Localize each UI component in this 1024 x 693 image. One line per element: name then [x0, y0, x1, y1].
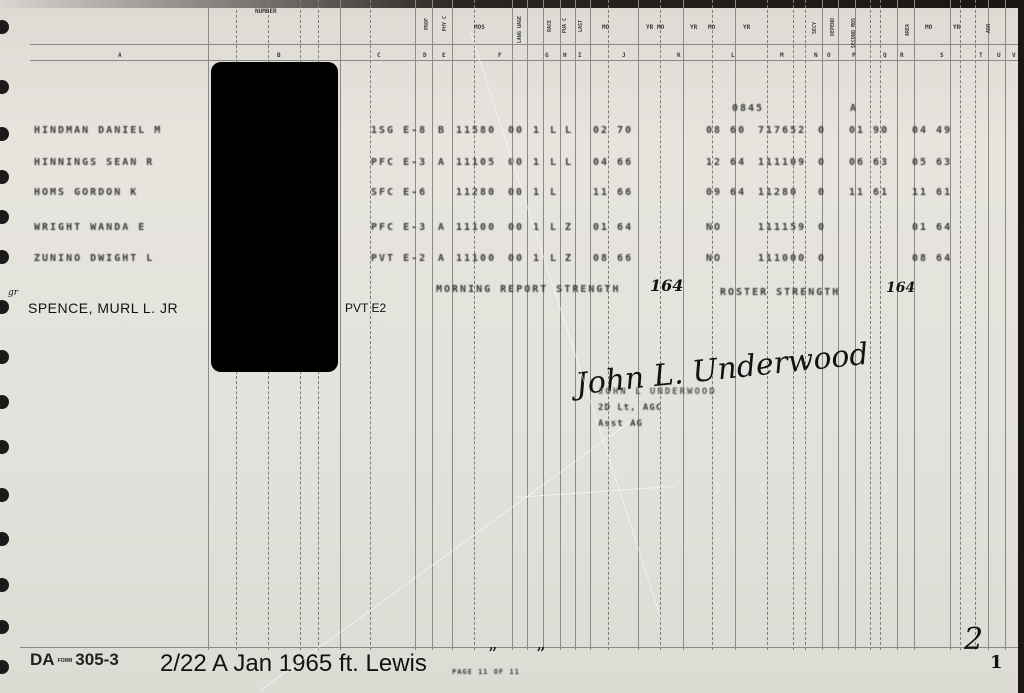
header-yr: YR [743, 24, 750, 31]
header-mark: A [850, 103, 858, 114]
column-letter: J [622, 52, 626, 59]
row-cell-grade: SFC E-6 [371, 187, 427, 198]
grid-line [950, 0, 951, 650]
row-cell-grade: PVT E-2 [371, 253, 427, 264]
grid-line [988, 0, 989, 650]
row-cell-col-g: 1 [533, 157, 541, 168]
header-adn: ADN [986, 24, 992, 33]
scan-scratch [470, 30, 663, 620]
header-yr: YR [690, 24, 697, 31]
column-letter: C [377, 52, 381, 59]
scan-edge-right [1018, 0, 1024, 693]
column-letter: G [545, 52, 549, 59]
row-cell-col-h: L [550, 125, 558, 136]
grid-line [735, 0, 736, 650]
handwritten-name: SPENCE, MURL L. JR [28, 300, 178, 316]
row-cell-mos: 11100 [456, 253, 496, 264]
column-letter: M [780, 52, 784, 59]
grid-line [838, 0, 839, 650]
grid-line [897, 0, 898, 650]
roster-strength-label: ROSTER STRENGTH [720, 287, 840, 298]
binder-hole [0, 488, 9, 502]
row-cell-mos-suffix: 00 [508, 125, 524, 136]
header-rule [30, 44, 1018, 45]
grid-line [208, 0, 209, 650]
row-cell-mos-suffix: 00 [508, 253, 524, 264]
grid-line [340, 0, 341, 650]
row-cell-code-m: 717652 [758, 125, 806, 136]
header-area: AREA [905, 24, 911, 36]
header-mo: MO [657, 24, 664, 31]
header-mo: MO [925, 24, 932, 31]
grid-line-dashed [870, 0, 871, 650]
grid-line-dashed [880, 0, 881, 650]
column-letter: N [814, 52, 818, 59]
row-cell-col-n: 0 [818, 187, 826, 198]
column-letter: P [852, 52, 856, 59]
grid-line [914, 0, 915, 650]
header-depend: DEPEND [830, 18, 836, 36]
binder-hole [0, 578, 9, 592]
row-cell-mos: 11105 [456, 157, 496, 168]
row-cell-code-m: 111000 [758, 253, 806, 264]
grid-line-dashed [805, 0, 806, 650]
row-cell-code-m: 111159 [758, 222, 806, 233]
row-cell-col-n: 0 [818, 157, 826, 168]
row-cell-date-p: 11 61 [849, 187, 889, 198]
row-cell-name: ZUNINO DWIGHT L [34, 253, 154, 264]
row-cell-name: WRIGHT WANDA E [34, 222, 146, 233]
row-cell-mos: 11280 [456, 187, 496, 198]
row-cell-date-j: 08 66 [593, 253, 633, 264]
handwritten-grade: PVT E2 [345, 301, 386, 315]
binder-hole [0, 80, 9, 94]
grid-line-dashed [767, 0, 768, 650]
grid-line [432, 0, 433, 650]
header-mo: MO [602, 24, 609, 31]
header-secy: SECY [812, 22, 818, 34]
binder-hole [0, 170, 9, 184]
grid-line [543, 0, 544, 650]
grid-line [683, 0, 684, 650]
row-cell-date-s: 01 64 [912, 222, 952, 233]
row-cell-class: A [438, 157, 446, 168]
header-prof: PROF [424, 18, 430, 30]
binder-hole [0, 20, 9, 34]
column-letter: H [563, 52, 567, 59]
grid-line [452, 0, 453, 650]
header-number-label: NUMBER [255, 8, 277, 15]
corner-number: 1 [990, 652, 1003, 673]
row-cell-mos: 11580 [456, 125, 496, 136]
handwritten-mark: gr [8, 288, 18, 298]
row-cell-col-i: L [565, 125, 573, 136]
row-cell-col-h: L [550, 222, 558, 233]
header-mos: MOS [474, 24, 485, 31]
binder-hole [0, 660, 9, 674]
binder-hole [0, 620, 9, 634]
column-letter: A [118, 52, 122, 59]
row-cell-col-i: Z [565, 253, 573, 264]
column-letter: F [498, 52, 502, 59]
scan-scratch [260, 420, 633, 691]
column-letter: O [827, 52, 831, 59]
column-letter: B [277, 52, 281, 59]
column-letter: E [442, 52, 446, 59]
grid-line [590, 0, 591, 650]
row-cell-code-m: 111109 [758, 157, 806, 168]
morning-report-value: 164 [650, 276, 683, 295]
footer-rule [20, 647, 1018, 648]
row-cell-date-j: 11 66 [593, 187, 633, 198]
row-cell-date-p: 01 90 [849, 125, 889, 136]
binder-hole [0, 300, 9, 314]
column-letter: Q [883, 52, 887, 59]
row-cell-date-j: 04 66 [593, 157, 633, 168]
roster-row: HOMS GORDON KSFC E-611280001L11 6609 641… [0, 187, 1024, 201]
row-cell-col-n: 0 [818, 125, 826, 136]
row-cell-col-n: 0 [818, 222, 826, 233]
row-cell-date-s: 08 64 [912, 253, 952, 264]
row-cell-date-l: 12 64 [706, 157, 746, 168]
roster-row: WRIGHT WANDA EPFC E-3A11100001LZ01 64NO1… [0, 222, 1024, 236]
column-letter: I [578, 52, 582, 59]
binder-hole [0, 350, 9, 364]
header-phy: PHY C [442, 16, 448, 31]
row-cell-grade: PFC E-3 [371, 222, 427, 233]
grid-line [822, 0, 823, 650]
row-cell-date-j: 01 64 [593, 222, 633, 233]
column-letter: U [997, 52, 1001, 59]
row-cell-class: B [438, 125, 446, 136]
row-cell-col-g: 1 [533, 187, 541, 198]
morning-report-label: MORNING REPORT STRENGTH [436, 284, 620, 295]
header-code: 0845 [732, 103, 764, 114]
row-cell-mos: 11100 [456, 222, 496, 233]
grid-line [855, 0, 856, 650]
binder-hole [0, 440, 9, 454]
roster-row: HINDMAN DANIEL M1SG E-8B11580001LL02 700… [0, 125, 1024, 139]
grid-line-dashed [608, 0, 609, 650]
row-cell-class: A [438, 253, 446, 264]
grid-line [415, 0, 416, 650]
column-letter: T [979, 52, 983, 59]
roster-strength-value: 164 [886, 280, 915, 296]
row-cell-date-p: 06 63 [849, 157, 889, 168]
row-cell-col-h: L [550, 253, 558, 264]
ditto-mark: ” [488, 644, 497, 665]
grid-line [1005, 0, 1006, 650]
column-letter: V [1012, 52, 1016, 59]
header-lang: LANG UAGE [517, 16, 523, 43]
row-cell-grade: PFC E-3 [371, 157, 427, 168]
row-cell-date-j: 02 70 [593, 125, 633, 136]
grid-line [512, 0, 513, 650]
row-cell-date-s: 04 49 [912, 125, 952, 136]
header-second-mos: SECOND MOS [851, 18, 857, 48]
corner-handwritten-mark: 2 [964, 622, 983, 657]
row-cell-code-m: 11280 [758, 187, 798, 198]
binder-hole [0, 532, 9, 546]
signature-typed-name: JOHN L UNDERWOOD [598, 387, 717, 397]
form-identifier: DAFORM305-3 [30, 650, 119, 670]
roster-sheet: NUMBER PROF PHY C MOS LANG UAGE RACE PUA… [0, 0, 1024, 693]
row-cell-date-l: 09 64 [706, 187, 746, 198]
column-letter: D [423, 52, 427, 59]
header-mo: MO [708, 24, 715, 31]
grid-line [560, 0, 561, 650]
row-cell-date-s: 11 61 [912, 187, 952, 198]
row-cell-date-l: 08 60 [706, 125, 746, 136]
row-cell-col-h: L [550, 157, 558, 168]
column-letter: L [731, 52, 735, 59]
grid-line-dashed [660, 0, 661, 650]
column-letter: R [900, 52, 904, 59]
row-cell-name: HOMS GORDON K [34, 187, 138, 198]
header-rule [30, 60, 1018, 61]
row-cell-date-s: 05 63 [912, 157, 952, 168]
header-pua: PUA C [562, 18, 568, 33]
header-yr: YR [646, 24, 653, 31]
form-label: FORM [58, 658, 73, 664]
header-last: LAST [578, 20, 584, 32]
header-yr: YR [953, 24, 960, 31]
grid-line-dashed [474, 0, 475, 650]
column-letter: S [940, 52, 944, 59]
row-cell-col-g: 1 [533, 125, 541, 136]
row-cell-date-l: NO [706, 222, 722, 233]
redaction-box [211, 62, 338, 372]
grid-line [527, 0, 528, 650]
row-cell-name: HINNINGS SEAN R [34, 157, 154, 168]
row-cell-grade: 1SG E-8 [371, 125, 427, 136]
row-cell-col-i: Z [565, 222, 573, 233]
binder-hole [0, 395, 9, 409]
row-cell-col-n: 0 [818, 253, 826, 264]
grid-line-dashed [960, 0, 961, 650]
row-cell-date-l: NO [706, 253, 722, 264]
signature-rank: 2D Lt, AGC [598, 403, 662, 413]
column-letter: K [677, 52, 681, 59]
row-cell-class: A [438, 222, 446, 233]
row-cell-col-g: 1 [533, 253, 541, 264]
row-cell-col-h: L [550, 187, 558, 198]
grid-line [575, 0, 576, 650]
roster-row: ZUNINO DWIGHT LPVT E-2A11100001LZ08 66NO… [0, 253, 1024, 267]
row-cell-name: HINDMAN DANIEL M [34, 125, 162, 136]
form-number: 305-3 [75, 650, 118, 669]
row-cell-mos-suffix: 00 [508, 222, 524, 233]
grid-line-dashed [712, 0, 713, 650]
ditto-mark: ” [536, 644, 545, 665]
grid-line-dashed [793, 0, 794, 650]
grid-line-dashed [975, 0, 976, 650]
header-race: RACE [547, 20, 553, 32]
form-prefix: DA [30, 650, 55, 669]
page-label: PAGE 11 OF 11 [452, 668, 520, 676]
row-cell-col-i: L [565, 157, 573, 168]
grid-line-dashed [370, 0, 371, 650]
